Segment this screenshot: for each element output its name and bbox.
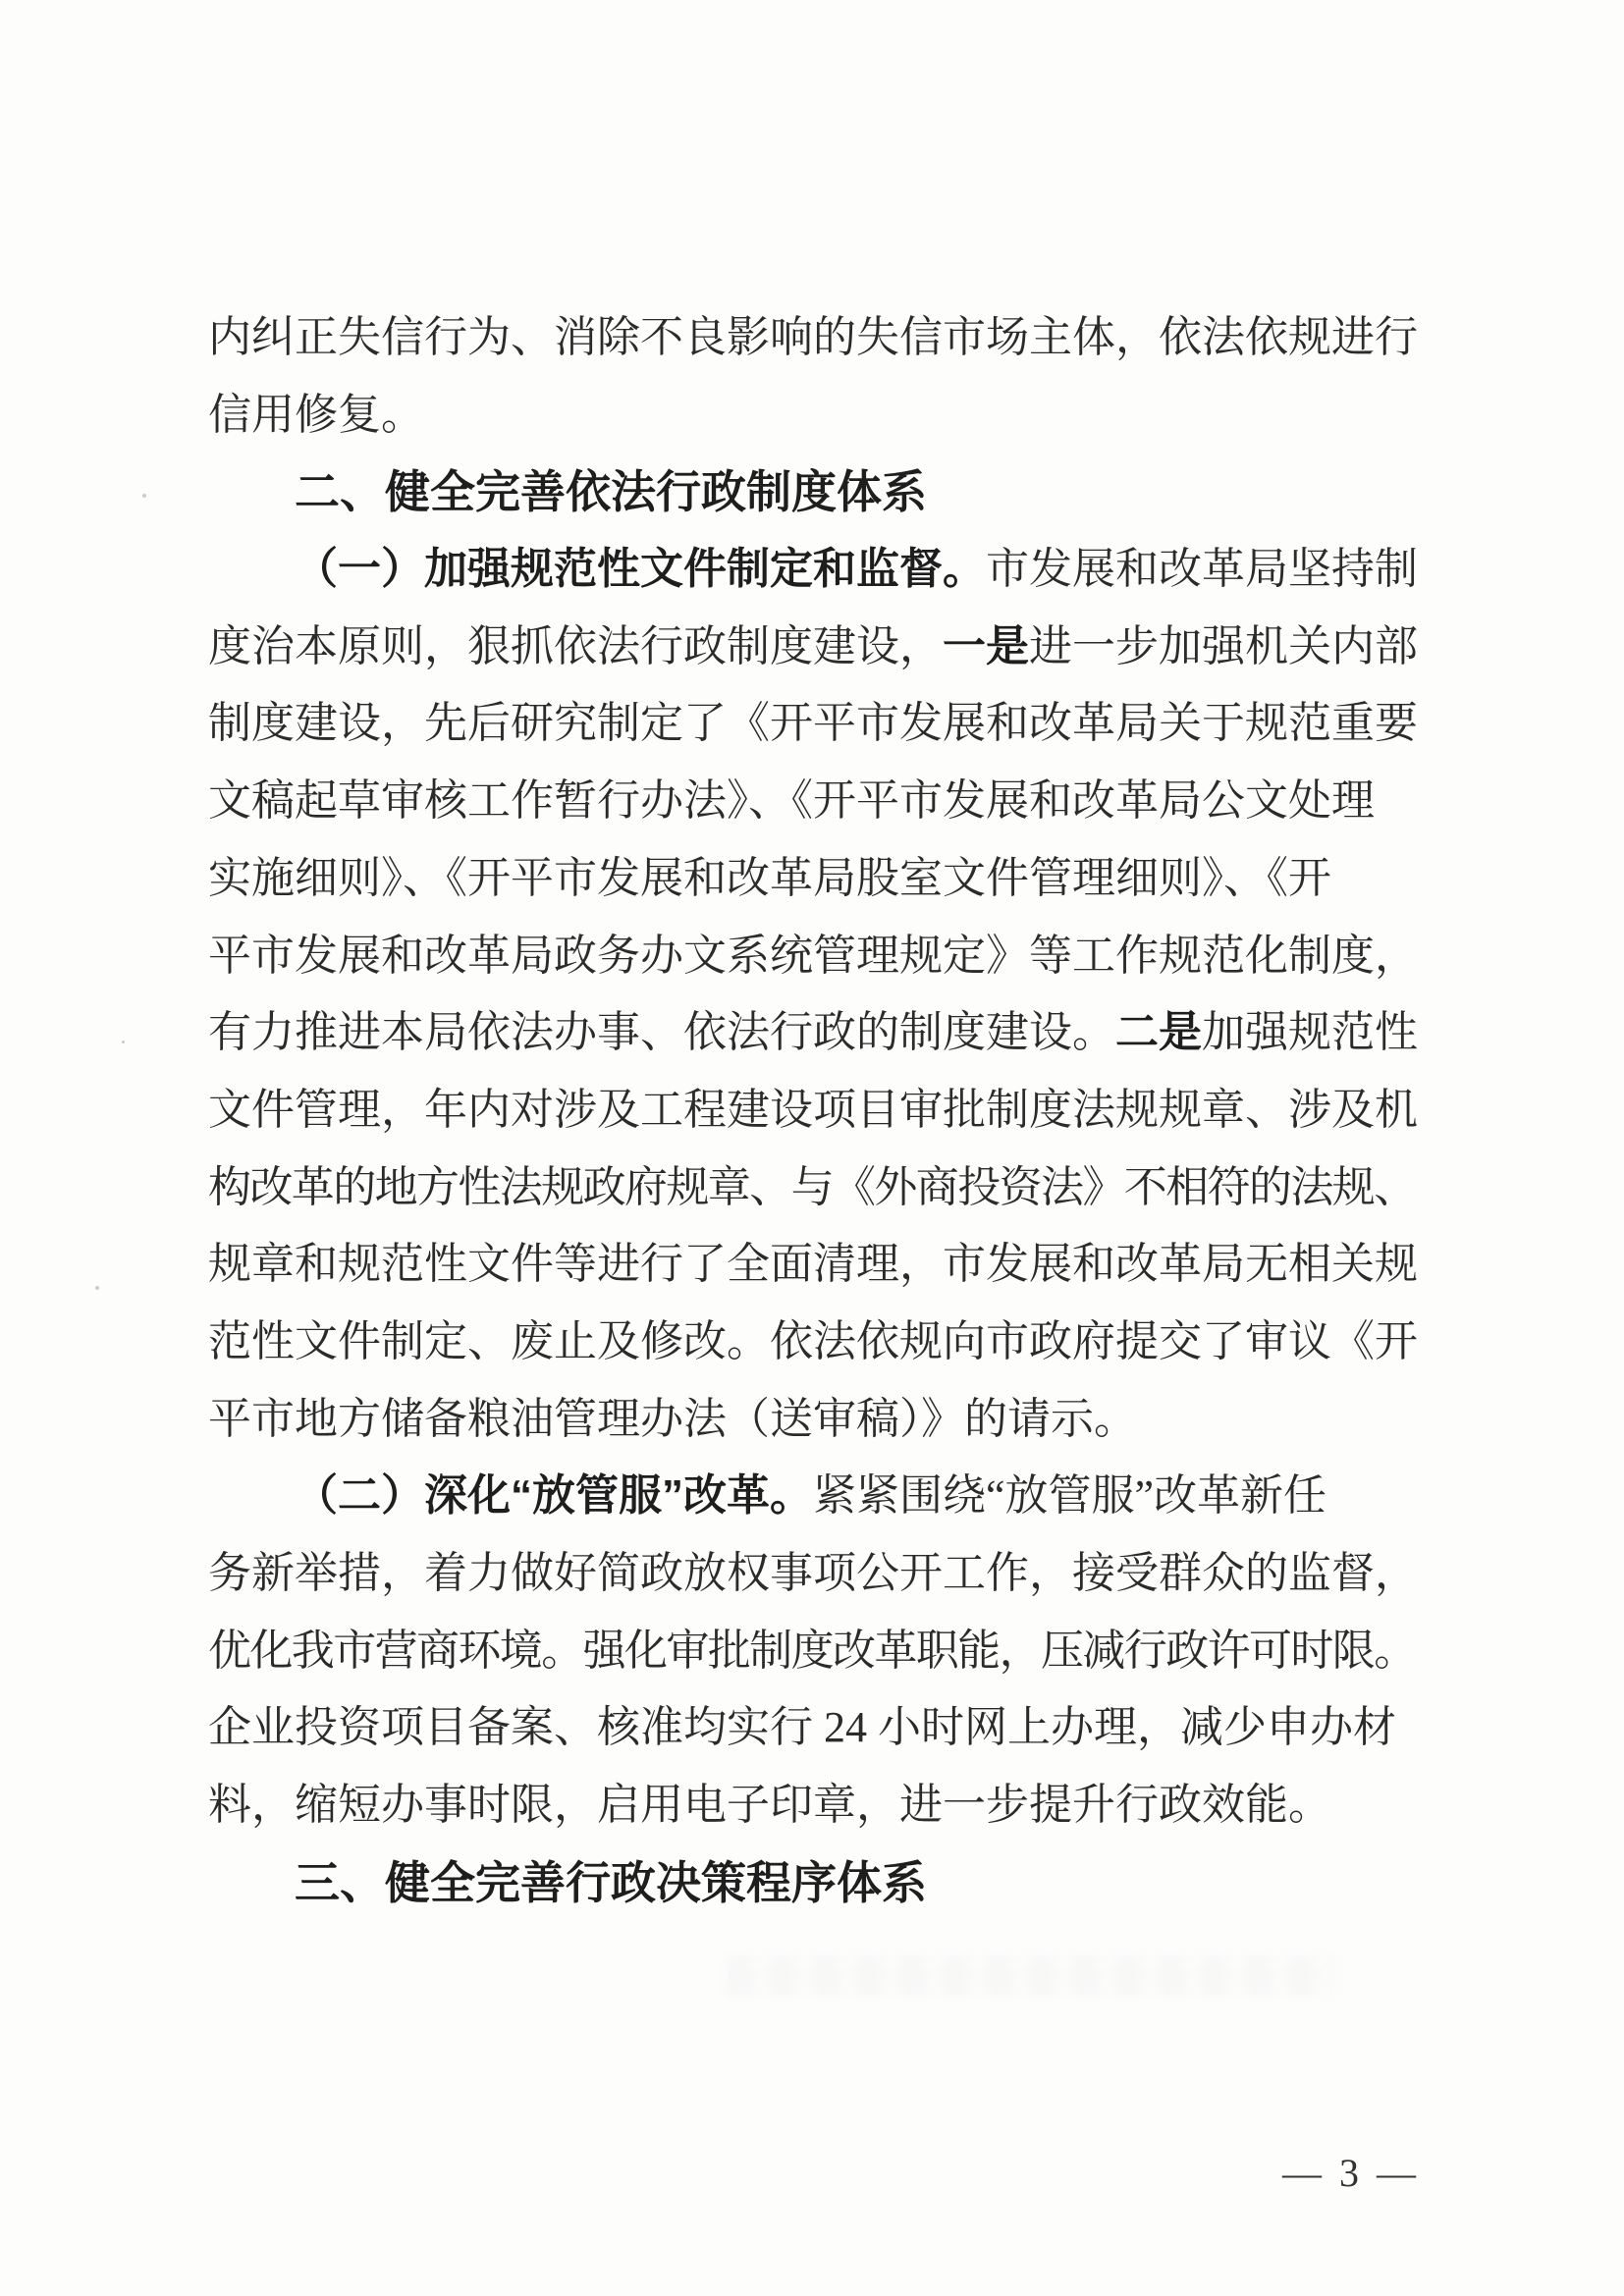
body-text: 内纠正失信行为、消除不良影响的失信市场主体，依法依规进行 — [208, 313, 1418, 361]
scan-speck — [122, 1041, 125, 1043]
body-text: 规章和规范性文件等进行了全面清理，市发展和改革局无相关规 — [208, 1240, 1418, 1288]
subsection-1-start-line: （一）加强规范性文件制定和监督。市发展和改革局坚持制 — [208, 531, 1426, 609]
body-text: 范性文件制定、废止及修改。依法依规向市政府提交了审议《开 — [208, 1317, 1418, 1365]
body-line: 优化我市营商环境。强化审批制度改革职能，压减行政许可时限。 — [208, 1613, 1426, 1690]
section-heading-text: 二、健全完善依法行政制度体系 — [295, 466, 927, 517]
body-line: 文件管理，年内对涉及工程建设项目审批制度法规规章、涉及机 — [208, 1072, 1426, 1149]
body-text: 文件管理，年内对涉及工程建设项目审批制度法规规章、涉及机 — [208, 1086, 1418, 1134]
section-heading-text: 三、健全完善行政决策程序体系 — [295, 1857, 927, 1908]
body-line: 信用修复。 — [208, 377, 1426, 454]
scan-speck — [95, 1286, 99, 1290]
body-line: 有力推进本局依法办事、依法行政的制度建设。二是加强规范性 — [208, 994, 1426, 1072]
document-text-block: 内纠正失信行为、消除不良影响的失信市场主体，依法依规进行 信用修复。 二、健全完… — [208, 299, 1426, 1921]
body-line: 企业投资项目备案、核准均实行 24 小时网上办理，减少申办材 — [208, 1689, 1426, 1767]
emphasis-text: 一是 — [943, 622, 1029, 670]
body-line: 度治本原则，狠抓依法行政制度建设，一是进一步加强机关内部 — [208, 609, 1426, 686]
body-line: 料，缩短办事时限，启用电子印章，进一步提升行政效能。 — [208, 1767, 1426, 1844]
body-text: 市发展和改革局坚持制 — [986, 545, 1418, 593]
body-line: 构改革的地方性法规政府规章、与《外商投资法》不相符的法规、 — [208, 1149, 1426, 1227]
body-line: 文稿起草审核工作暂行办法》、《开平市发展和改革局公文处理 — [208, 763, 1426, 840]
body-text: 构改革的地方性法规政府规章、与《外商投资法》不相符的法规、 — [208, 1163, 1416, 1211]
body-text: 制度建设，先后研究制定了《开平市发展和改革局关于规范重要 — [208, 699, 1418, 747]
subsection-heading-text: （一）加强规范性文件制定和监督。 — [295, 545, 986, 593]
body-line: 实施细则》、《开平市发展和改革局股室文件管理细则》、《开 — [208, 840, 1426, 918]
body-text: 进一步加强机关内部 — [1029, 622, 1418, 670]
body-text: 实施细则》、《开平市发展和改革局股室文件管理细则》、《开 — [208, 854, 1331, 902]
body-text: 平市发展和改革局政务办文系统管理规定》等工作规范化制度， — [208, 932, 1418, 980]
bleed-through-ghost — [727, 1955, 1335, 1997]
body-text: 文稿起草审核工作暂行办法》、《开平市发展和改革局公文处理 — [208, 776, 1375, 825]
section-heading-2: 二、健全完善依法行政制度体系 — [208, 454, 1426, 531]
emphasis-text: 二是 — [1115, 1008, 1202, 1056]
body-text: 紧紧围绕“放管服”改革新任 — [813, 1471, 1326, 1520]
body-line: 制度建设，先后研究制定了《开平市发展和改革局关于规范重要 — [208, 685, 1426, 763]
body-text: 料，缩短办事时限，启用电子印章，进一步提升行政效能。 — [208, 1781, 1331, 1829]
body-text: 务新举措，着力做好简政放权事项公开工作，接受群众的监督， — [208, 1549, 1418, 1597]
body-line: 范性文件制定、废止及修改。依法依规向市政府提交了审议《开 — [208, 1304, 1426, 1381]
scanned-document-page: 内纠正失信行为、消除不良影响的失信市场主体，依法依规进行 信用修复。 二、健全完… — [0, 0, 1624, 2296]
body-line: 规章和规范性文件等进行了全面清理，市发展和改革局无相关规 — [208, 1226, 1426, 1304]
body-line: 平市地方储备粮油管理办法（送审稿）》的请示。 — [208, 1381, 1426, 1459]
section-heading-3: 三、健全完善行政决策程序体系 — [208, 1844, 1426, 1922]
body-text: 信用修复。 — [208, 391, 424, 439]
body-line: 务新举措，着力做好简政放权事项公开工作，接受群众的监督， — [208, 1535, 1426, 1613]
body-text: 优化我市营商环境。强化审批制度改革职能，压减行政许可时限。 — [208, 1627, 1416, 1675]
body-text: 加强规范性 — [1202, 1008, 1418, 1056]
body-text: 有力推进本局依法办事、依法行政的制度建设。 — [208, 1008, 1115, 1056]
subsection-heading-text: （二）深化“放管服”改革。 — [295, 1471, 813, 1520]
body-line: 内纠正失信行为、消除不良影响的失信市场主体，依法依规进行 — [208, 299, 1426, 377]
body-text: 平市地方储备粮油管理办法（送审稿）》的请示。 — [208, 1395, 1137, 1443]
subsection-2-start-line: （二）深化“放管服”改革。紧紧围绕“放管服”改革新任 — [208, 1458, 1426, 1535]
body-text: 度治本原则，狠抓依法行政制度建设， — [208, 622, 943, 670]
scan-speck — [142, 494, 146, 498]
page-number: — 3 — — [1272, 2146, 1430, 2201]
body-text: 企业投资项目备案、核准均实行 24 小时网上办理，减少申办材 — [208, 1703, 1396, 1751]
body-line: 平市发展和改革局政务办文系统管理规定》等工作规范化制度， — [208, 918, 1426, 995]
